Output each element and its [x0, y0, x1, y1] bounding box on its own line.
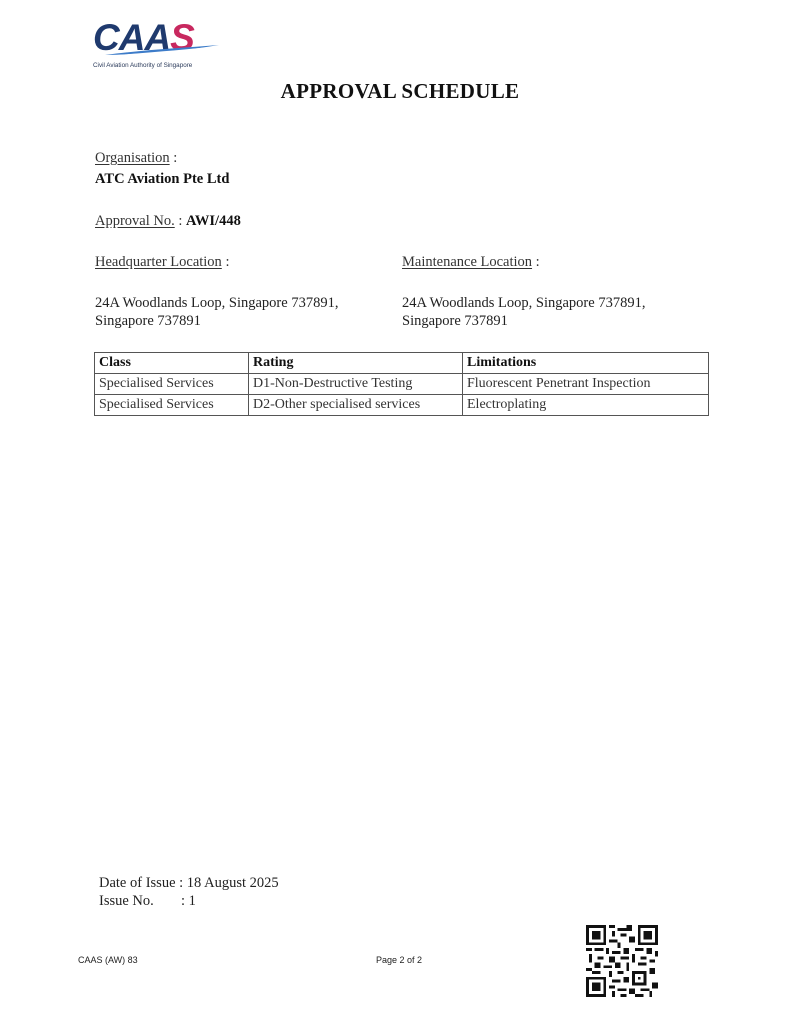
issue-number-value: : 1	[181, 893, 196, 909]
logo-swoosh-icon	[101, 44, 221, 58]
cell-limitations: Fluorescent Penetrant Inspection	[463, 374, 709, 395]
logo-subtitle: Civil Aviation Authority of Singapore	[93, 62, 192, 69]
cell-rating: D1-Non-Destructive Testing	[249, 374, 463, 395]
column-header-rating: Rating	[249, 353, 463, 374]
hq-address: 24A Woodlands Loop, Singapore 737891, Si…	[95, 294, 338, 330]
cell-limitations: Electroplating	[463, 395, 709, 416]
organisation-label: Organisation	[95, 150, 170, 166]
hq-address-line-1: 24A Woodlands Loop, Singapore 737891,	[95, 294, 338, 312]
maintenance-location-label-line: Maintenance Location :	[402, 254, 540, 271]
caas-logo: CAAS Civil Aviation Authority of Singapo…	[93, 18, 218, 70]
maintenance-location-label: Maintenance Location	[402, 254, 532, 270]
approval-number-line: Approval No. : AWI/448	[95, 213, 241, 230]
maintenance-address: 24A Woodlands Loop, Singapore 737891, Si…	[402, 294, 645, 330]
document-title: APPROVAL SCHEDULE	[0, 79, 790, 104]
maintenance-address-line-1: 24A Woodlands Loop, Singapore 737891,	[402, 294, 645, 312]
date-of-issue: Date of Issue : 18 August 2025	[99, 875, 279, 892]
hq-location-label-line: Headquarter Location :	[95, 254, 229, 271]
form-code: CAAS (AW) 83	[78, 955, 138, 965]
date-of-issue-label: Date of Issue	[99, 875, 176, 891]
organisation-value-line: ATC Aviation Pte Ltd	[95, 171, 229, 188]
cell-class: Specialised Services	[95, 374, 249, 395]
table-row: Specialised Services D1-Non-Destructive …	[95, 374, 709, 395]
approval-number-label: Approval No.	[95, 213, 175, 229]
table-row: Specialised Services D2-Other specialise…	[95, 395, 709, 416]
page-number: Page 2 of 2	[376, 955, 422, 965]
organisation-label-line: Organisation :	[95, 150, 177, 167]
qr-code-icon	[586, 925, 658, 997]
issue-number-label: Issue No.	[99, 893, 181, 910]
table-header-row: Class Rating Limitations	[95, 353, 709, 374]
date-of-issue-value: : 18 August 2025	[179, 875, 279, 891]
approval-number-value: AWI/448	[186, 213, 241, 229]
approval-schedule-table: Class Rating Limitations Specialised Ser…	[94, 352, 709, 416]
issue-number: Issue No.: 1	[99, 893, 196, 910]
hq-location-label: Headquarter Location	[95, 254, 222, 270]
hq-address-line-2: Singapore 737891	[95, 312, 338, 330]
column-header-class: Class	[95, 353, 249, 374]
cell-rating: D2-Other specialised services	[249, 395, 463, 416]
organisation-name: ATC Aviation Pte Ltd	[95, 171, 229, 187]
maintenance-address-line-2: Singapore 737891	[402, 312, 645, 330]
column-header-limitations: Limitations	[463, 353, 709, 374]
cell-class: Specialised Services	[95, 395, 249, 416]
